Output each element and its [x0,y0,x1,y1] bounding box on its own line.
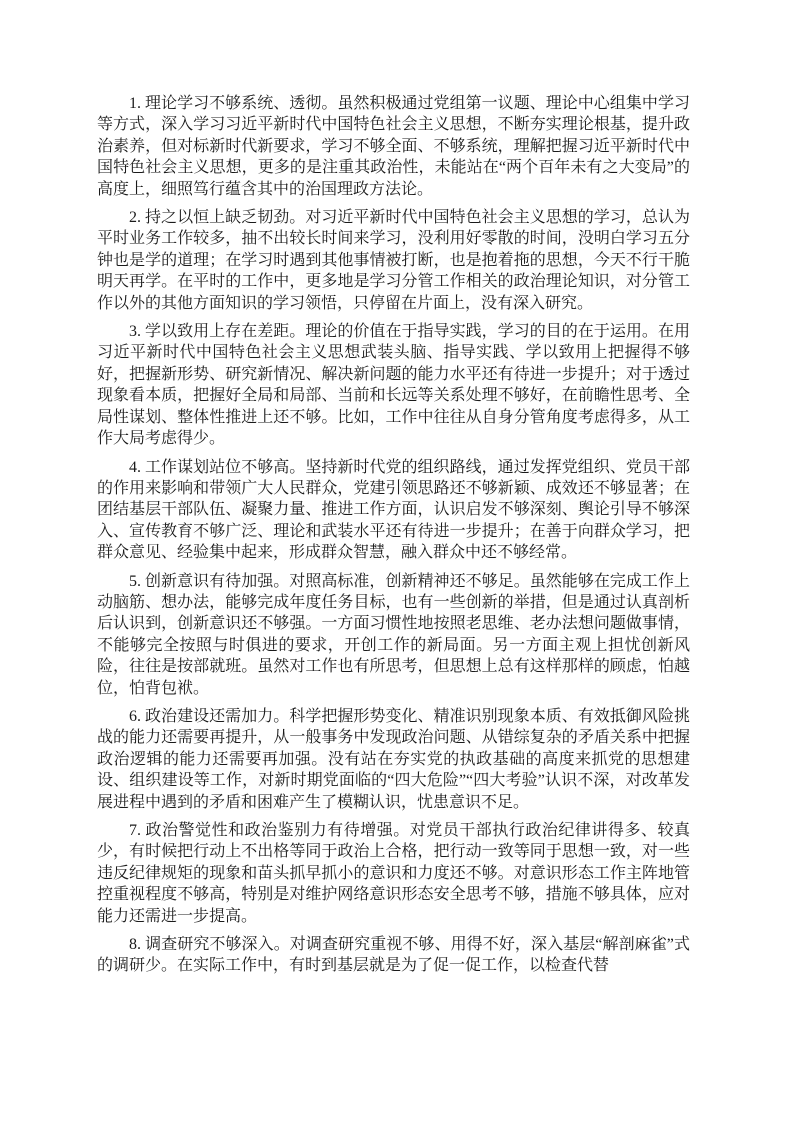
paragraph-8-investigation-research: 8. 调查研究不够深入。对调查研究重视不够、用得不好，深入基层“解剖麻雀”式的调… [97,934,690,977]
paragraph-6-political-building: 6. 政治建设还需加力。科学把握形势变化、精准识别现象本质、有效抵御风险挑战的能… [97,706,690,813]
paragraph-2-perseverance: 2. 持之以恒上缺乏韧劲。对习近平新时代中国特色社会主义思想的学习，总认为平时业… [97,207,690,314]
paragraph-7-political-vigilance: 7. 政治警觉性和政治鉴别力有待增强。对党员干部执行政治纪律讲得多、较真少，有时… [97,820,690,927]
paragraph-5-innovation-awareness: 5. 创新意识有待加强。对照高标准，创新精神还不够足。虽然能够在完成工作上动脑筋… [97,571,690,699]
paragraph-3-applying-knowledge: 3. 学以致用上存在差距。理论的价值在于指导实践，学习的目的在于运用。在用习近平… [97,321,690,449]
paragraph-1-theory-study: 1. 理论学习不够系统、透彻。虽然积极通过党组第一议题、理论中心组集中学习等方式… [97,93,690,200]
document-page: 1. 理论学习不够系统、透彻。虽然积极通过党组第一议题、理论中心组集中学习等方式… [0,0,793,1122]
document-screenshot: { "document": { "kind": "chinese-self-re… [0,0,793,1122]
paragraph-4-work-planning: 4. 工作谋划站位不够高。坚持新时代党的组织路线，通过发挥党组织、党员干部的作用… [97,457,690,564]
